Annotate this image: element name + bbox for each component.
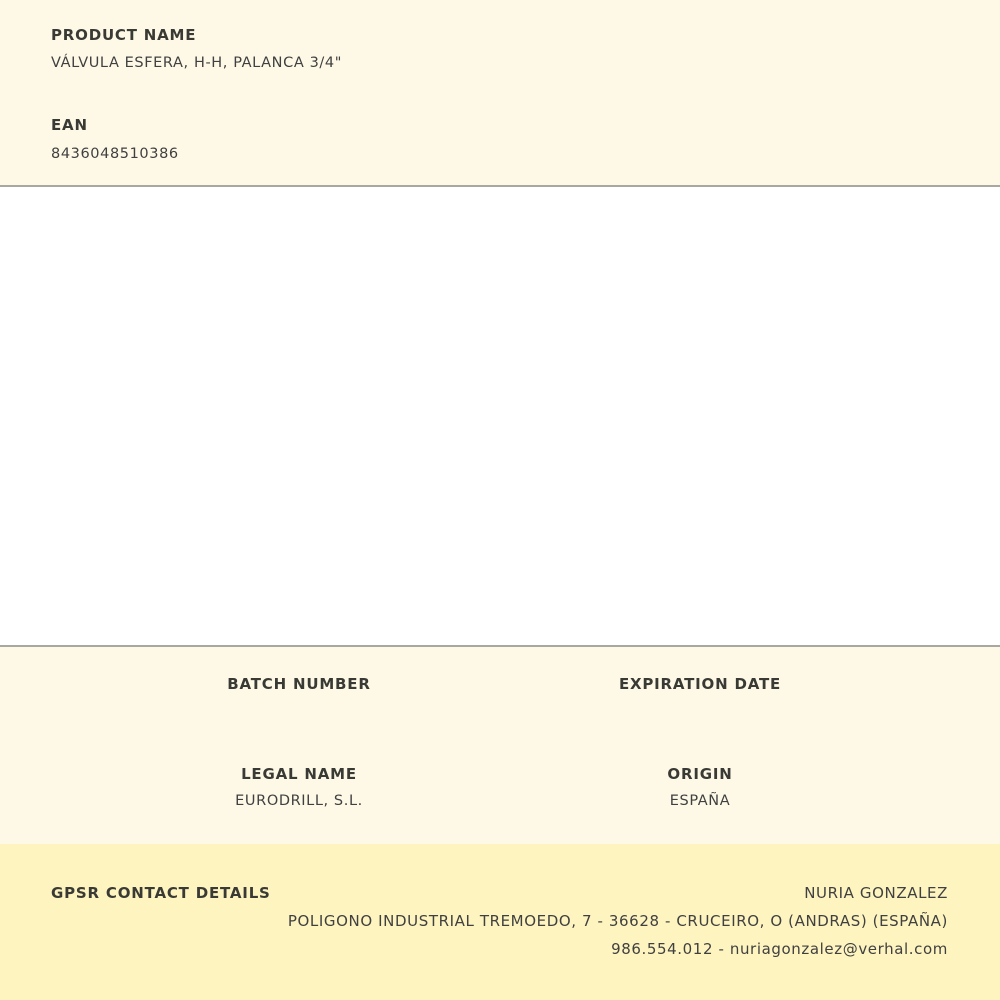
legal-name-value: EURODRILL, S.L.: [99, 793, 499, 809]
gpsr-contact-details: NURIA GONZALEZ POLIGONO INDUSTRIAL TREMO…: [288, 884, 948, 968]
gpsr-contact-address: POLIGONO INDUSTRIAL TREMOEDO, 7 - 36628 …: [288, 912, 948, 940]
legal-name-label: LEGAL NAME: [99, 765, 499, 783]
expiration-date-label: EXPIRATION DATE: [500, 675, 900, 693]
origin-label: ORIGIN: [500, 765, 900, 783]
gpsr-contact-section: GPSR CONTACT DETAILS NURIA GONZALEZ POLI…: [0, 844, 1000, 1000]
legal-name-cell: LEGAL NAME EURODRILL, S.L.: [99, 765, 499, 809]
batch-number-cell: BATCH NUMBER: [99, 675, 499, 703]
ean-value: 8436048510386: [51, 146, 179, 162]
product-name-label: PRODUCT NAME: [51, 26, 196, 44]
gpsr-contact-label: GPSR CONTACT DETAILS: [51, 884, 271, 902]
ean-label: EAN: [51, 116, 88, 134]
product-image-area: [0, 187, 1000, 645]
product-name-value: VÁLVULA ESFERA, H-H, PALANCA 3/4": [51, 55, 342, 71]
details-section: BATCH NUMBER EXPIRATION DATE LEGAL NAME …: [0, 645, 1000, 846]
expiration-date-cell: EXPIRATION DATE: [500, 675, 900, 703]
gpsr-contact-name: NURIA GONZALEZ: [288, 884, 948, 912]
gpsr-contact-phone-email: 986.554.012 - nuriagonzalez@verhal.com: [288, 940, 948, 968]
origin-value: ESPAÑA: [500, 793, 900, 809]
product-info-section: PRODUCT NAME VÁLVULA ESFERA, H-H, PALANC…: [0, 0, 1000, 187]
origin-cell: ORIGIN ESPAÑA: [500, 765, 900, 809]
batch-number-label: BATCH NUMBER: [99, 675, 499, 693]
